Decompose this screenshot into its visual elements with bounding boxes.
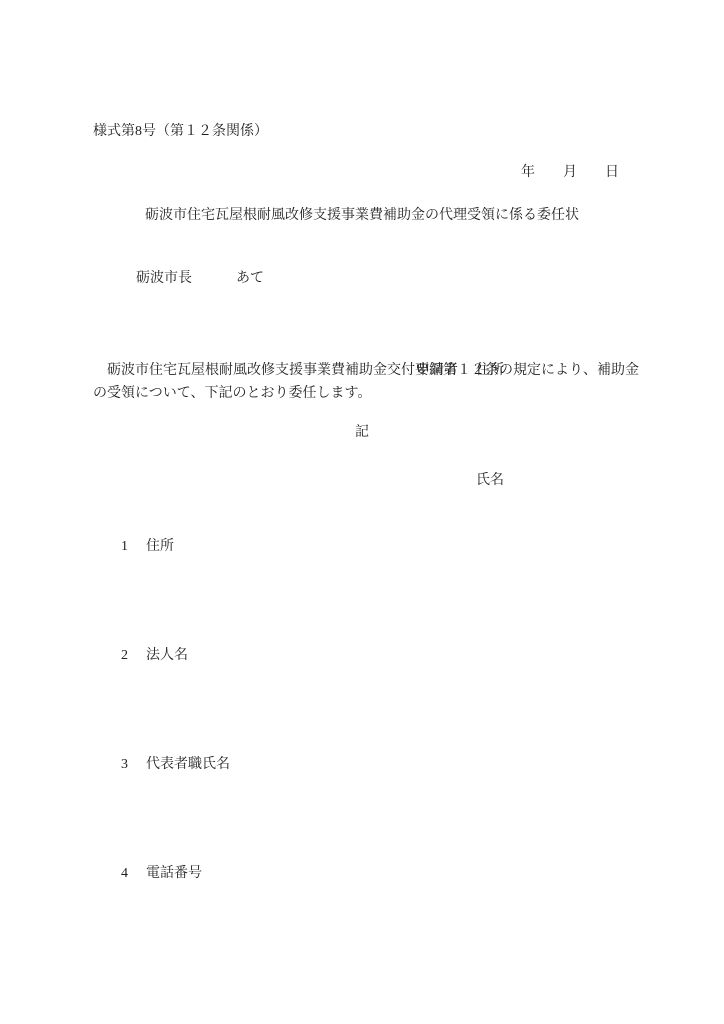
date-line: 年 月 日	[0, 163, 619, 183]
item-number: 3	[121, 754, 146, 776]
item-list: 1住所 2法人名 3代表者職氏名 4電話番号	[100, 471, 230, 951]
list-item-address: 1住所	[100, 515, 230, 580]
list-item-corporate-name: 2法人名	[100, 624, 230, 689]
body-line-2: の受領について、下記のとおり委任します。	[93, 382, 653, 405]
body-line-1: 砺波市住宅瓦屋根耐風改修支援事業費補助金交付要綱第１２条の規定により、補助金	[93, 359, 653, 382]
item-label: 住所	[146, 539, 174, 554]
record-heading: 記	[0, 423, 724, 443]
addressee-name: 砺波市長	[136, 271, 192, 286]
item-label: 法人名	[146, 648, 188, 663]
applicant-row-name: 氏名	[455, 448, 504, 514]
item-label: 代表者職氏名	[146, 757, 230, 772]
document-page: 様式第8号（第１２条関係） 年 月 日 砺波市住宅瓦屋根耐風改修支援事業費補助金…	[0, 0, 724, 1024]
addressee-line: 砺波市長あて	[122, 249, 264, 309]
item-number: 4	[121, 863, 146, 885]
applicant-name-label: 氏名	[476, 473, 504, 488]
list-item-phone: 4電話番号	[100, 842, 230, 907]
item-number: 1	[121, 536, 146, 558]
list-item-representative: 3代表者職氏名	[100, 733, 230, 798]
item-number: 2	[121, 645, 146, 667]
document-title: 砺波市住宅瓦屋根耐風改修支援事業費補助金の代理受領に係る委任状	[0, 206, 724, 226]
addressee-suffix: あて	[236, 271, 264, 286]
item-label: 電話番号	[146, 866, 202, 881]
form-number: 様式第8号（第１２条関係）	[93, 122, 268, 142]
body-paragraph: 砺波市住宅瓦屋根耐風改修支援事業費補助金交付要綱第１２条の規定により、補助金 の…	[93, 359, 653, 405]
